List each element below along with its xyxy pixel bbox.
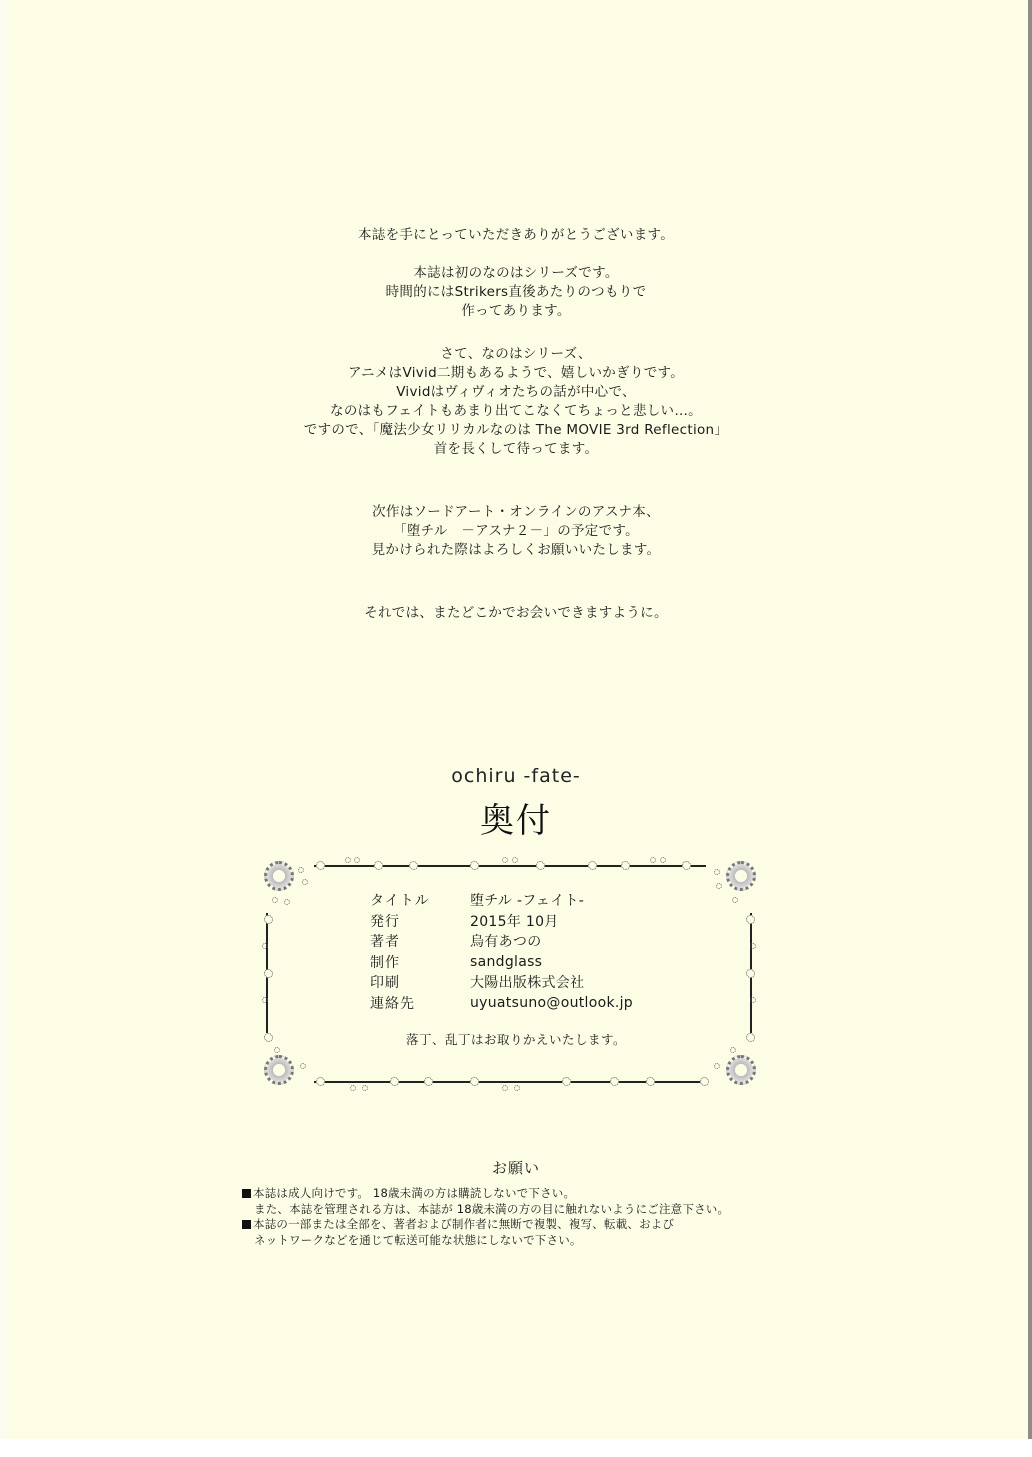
frame-top-line xyxy=(314,865,706,867)
flower-ornament xyxy=(264,915,273,924)
notice-item: 本誌の一部または全部を、著者および制作者に無断で複製、複写、転載、および xyxy=(242,1217,729,1233)
paragraph-line: ですので、「魔法少女リリカルなのは The MOVIE 3rd Reflecti… xyxy=(0,421,1032,440)
info-label: 著者 xyxy=(370,931,470,951)
info-value: sandglass xyxy=(470,954,542,970)
paragraph-line: 見かけられた際はよろしくお願いいたします。 xyxy=(0,541,1032,560)
notice-continuation: また、本誌を管理される方は、本誌が 18歳未満の方の目に触れないようにご注意下さ… xyxy=(242,1202,729,1218)
info-label: 制作 xyxy=(370,952,470,972)
flower-ornament xyxy=(264,969,273,978)
flower-ornament-small xyxy=(514,1085,520,1091)
paragraph-line: 本誌は初のなのはシリーズです。 xyxy=(0,264,1032,283)
info-label: タイトル xyxy=(370,890,470,910)
notice-list: 本誌は成人向けです。 18歳未満の方は購読しないで下さい。 また、本誌を管理され… xyxy=(242,1186,729,1248)
paragraph-line: アニメはVivid二期もあるようで、嬉しいかぎりです。 xyxy=(0,364,1032,383)
flower-ornament-small xyxy=(302,879,308,885)
flower-ornament xyxy=(536,861,545,870)
paragraph-line: さて、なのはシリーズ、 xyxy=(0,345,1032,364)
info-value: 堕チル -フェイト- xyxy=(470,890,584,910)
info-value: 烏有あつの xyxy=(470,931,542,951)
info-row-author: 著者 烏有あつの xyxy=(370,931,633,952)
flower-ornament-small xyxy=(502,857,508,863)
colophon-heading: 奥付 xyxy=(0,793,1032,842)
flower-ornament-small xyxy=(362,1085,368,1091)
flower-ornament-small xyxy=(350,1085,356,1091)
flower-ornament xyxy=(588,861,597,870)
flower-ornament-small xyxy=(750,943,756,949)
afterword-paragraph-1: 本誌は初のなのはシリーズです。 時間的にはStrikers直後あたりのつもりで … xyxy=(0,264,1032,321)
scan-edge-bottom xyxy=(0,1439,1032,1457)
flower-ornament-small xyxy=(660,857,666,863)
flower-ornament-small xyxy=(732,897,738,903)
afterword-paragraph-3: 次作はソードアート・オンラインのアスナ本、 「堕チル －アスナ２－」の予定です。… xyxy=(0,503,1032,560)
afterword-paragraph-2: さて、なのはシリーズ、 アニメはVivid二期もあるようで、嬉しいかぎりです。 … xyxy=(0,345,1032,459)
paragraph-line: 次作はソードアート・オンラインのアスナ本、 xyxy=(0,503,1032,522)
flower-ornament-small xyxy=(262,943,268,949)
flower-ornament xyxy=(390,1077,399,1086)
corner-burst-ornament xyxy=(264,861,294,891)
info-row-contact: 連絡先 uyuatsuno@outlook.jp xyxy=(370,993,633,1014)
flower-ornament xyxy=(374,861,383,870)
flower-ornament-small xyxy=(345,857,351,863)
corner-burst-ornament xyxy=(726,861,756,891)
paragraph-line: Vividはヴィヴィオたちの話が中心で、 xyxy=(0,383,1032,402)
flower-ornament-small xyxy=(284,899,290,905)
contact-email: uyuatsuno@outlook.jp xyxy=(470,995,633,1011)
notice-heading: お願い xyxy=(0,1157,1032,1178)
scan-edge-left xyxy=(0,0,8,1440)
flower-ornament xyxy=(646,1077,655,1086)
romaji-title: ochiru -fate- xyxy=(0,765,1032,787)
flower-ornament-small xyxy=(714,869,720,875)
closing-text: それでは、またどこかでお会いできますように。 xyxy=(0,604,1032,623)
flower-ornament xyxy=(746,915,755,924)
corner-burst-ornament xyxy=(264,1055,294,1085)
paragraph-line: 「堕チル －アスナ２－」の予定です。 xyxy=(0,522,1032,541)
flower-ornament-small xyxy=(716,883,722,889)
flower-ornament xyxy=(316,1077,325,1086)
flower-ornament xyxy=(682,861,691,870)
paragraph-line: 首を長くして待ってます。 xyxy=(0,440,1032,459)
flower-ornament-small xyxy=(298,867,304,873)
paragraph-line: 時間的にはStrikers直後あたりのつもりで xyxy=(0,283,1032,302)
flower-ornament xyxy=(700,1077,709,1086)
colophon-info-table: タイトル 堕チル -フェイト- 発行 2015年 10月 著者 烏有あつの 制作… xyxy=(370,890,633,1013)
paragraph-line: なのはもフェイトもあまり出てこなくてちょっと悲しい…。 xyxy=(0,402,1032,421)
flower-ornament xyxy=(409,861,418,870)
notice-continuation: ネットワークなどを通じて転送可能な状態にしないで下さい。 xyxy=(242,1233,729,1249)
flower-ornament-small xyxy=(502,1085,508,1091)
flower-ornament xyxy=(746,969,755,978)
notice-text: 本誌は成人向けです。 18歳未満の方は購読しないで下さい。 xyxy=(253,1186,575,1200)
info-row-production: 制作 sandglass xyxy=(370,952,633,973)
info-value: 2015年 10月 xyxy=(470,911,559,931)
notice-text: 本誌の一部または全部を、著者および制作者に無断で複製、複写、転載、および xyxy=(253,1217,674,1231)
flower-ornament-small xyxy=(262,997,268,1003)
flower-ornament-small xyxy=(650,857,656,863)
flower-ornament xyxy=(562,1077,571,1086)
square-bullet-icon xyxy=(242,1220,251,1229)
flower-ornament xyxy=(316,861,325,870)
square-bullet-icon xyxy=(242,1189,251,1198)
flower-ornament xyxy=(470,1077,479,1086)
flower-ornament xyxy=(424,1077,433,1086)
flower-ornament-small xyxy=(354,857,360,863)
flower-ornament-small xyxy=(272,897,278,903)
flower-ornament-small xyxy=(300,1063,306,1069)
info-row-printer: 印刷 大陽出版株式会社 xyxy=(370,972,633,993)
flower-ornament-small xyxy=(512,857,518,863)
info-row-published: 発行 2015年 10月 xyxy=(370,911,633,932)
info-label: 発行 xyxy=(370,911,470,931)
flower-ornament xyxy=(470,861,479,870)
flower-ornament xyxy=(621,861,630,870)
greeting-text: 本誌を手にとっていただきありがとうございます。 xyxy=(0,226,1032,245)
notice-item: 本誌は成人向けです。 18歳未満の方は購読しないで下さい。 xyxy=(242,1186,729,1202)
flower-ornament-small xyxy=(714,1063,720,1069)
info-label: 連絡先 xyxy=(370,993,470,1013)
corner-burst-ornament xyxy=(726,1055,756,1085)
defect-replacement-note: 落丁、乱丁はお取りかえいたします。 xyxy=(0,1030,1032,1048)
scan-edge-right xyxy=(1028,0,1032,1440)
info-label: 印刷 xyxy=(370,972,470,992)
flower-ornament xyxy=(610,1077,619,1086)
info-row-title: タイトル 堕チル -フェイト- xyxy=(370,890,633,911)
paragraph-line: 作ってあります。 xyxy=(0,302,1032,321)
flower-ornament-small xyxy=(750,997,756,1003)
info-value: 大陽出版株式会社 xyxy=(470,972,584,992)
